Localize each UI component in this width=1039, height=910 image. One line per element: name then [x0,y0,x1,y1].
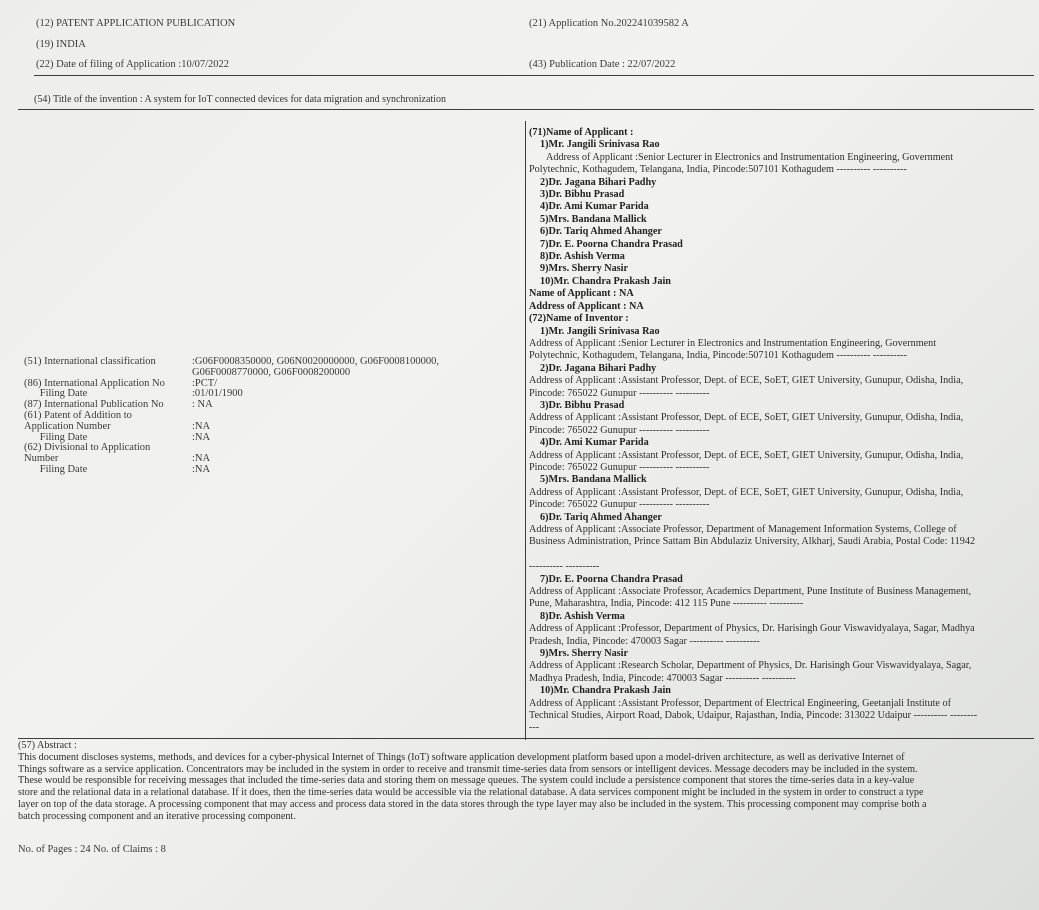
inventor-address: Pradesh, India, Pincode: 470003 Sagar --… [529,636,1034,648]
inventor-name: 4)Dr. Ami Kumar Parida [529,437,1034,449]
inventor-entry: 1)Mr. Jangili Srinivasa RaoAddress of Ap… [529,326,1034,363]
abstract-line: These would be responsible for receiving… [18,775,1028,787]
inventor-entry: 5)Mrs. Bandana MallickAddress of Applica… [529,474,1034,511]
abstract-line: Things software as a service application… [18,764,1028,776]
publication-date: (43) Publication Date : 22/07/2022 [529,59,675,70]
bibliographic-label: Filing Date [24,465,192,476]
inventor-address: Address of Applicant :Senior Lecturer in… [529,338,1034,350]
bibliographic-value: :NA [192,422,492,433]
inventor-address: Address of Applicant :Assistant Professo… [529,412,1034,424]
inventor-address: Pincode: 765022 Gunupur ---------- -----… [529,462,1034,474]
inventor-entry: 4)Dr. Ami Kumar ParidaAddress of Applica… [529,437,1034,474]
invention-title: (54) Title of the invention : A system f… [34,94,446,105]
inventor-address: Address of Applicant :Assistant Professo… [529,487,1034,499]
inventor-name: 9)Mrs. Sherry Nasir [529,648,1034,660]
header-divider [34,75,1034,76]
bibliographic-row: (86) International Application No:PCT/ [24,379,492,390]
inventor-address: --- [529,722,1034,734]
abstract-line: This document discloses systems, methods… [18,752,1028,764]
inventor-entry: 3)Dr. Bibhu PrasadAddress of Applicant :… [529,400,1034,437]
inventor-address: Technical Studies, Airport Road, Dabok, … [529,710,1034,722]
applicant-name: 3)Dr. Bibhu Prasad [529,189,1034,201]
bibliographic-label: Application Number [24,422,192,433]
inventor-address: Address of Applicant :Assistant Professo… [529,450,1034,462]
inventor-address: Address of Applicant :Professor, Departm… [529,623,1034,635]
applicant-name: 1)Mr. Jangili Srinivasa Rao [529,139,1034,151]
inventor-name: 8)Dr. Ashish Verma [529,611,1034,623]
address-of-applicant-na: Address of Applicant : NA [529,301,1034,313]
bibliographic-row: Filing Date:NA [24,465,492,476]
bibliographic-value: :01/01/1900 [192,389,492,400]
inventor-address: Pincode: 765022 Gunupur ---------- -----… [529,388,1034,400]
abstract-divider [18,738,1034,739]
bibliographic-row: (51) International classification:G06F00… [24,357,492,379]
bibliographic-value: :NA [192,433,492,444]
inventor-address: Address of Applicant :Assistant Professo… [529,375,1034,387]
bibliographic-row: Application Number:NA [24,422,492,433]
applicants-inventors-column: (71)Name of Applicant : 1)Mr. Jangili Sr… [529,127,1034,735]
inventor-address: Address of Applicant :Associate Professo… [529,524,1034,536]
bibliographic-value: :G06F0008350000, G06N0020000000, G06F000… [192,357,492,379]
inventor-address: Pincode: 765022 Gunupur ---------- -----… [529,499,1034,511]
inventor-address: Address of Applicant :Assistant Professo… [529,698,1034,710]
column-divider [525,121,526,740]
inventor-address: Address of Applicant :Associate Professo… [529,586,1034,598]
bibliographic-value: :NA [192,465,492,476]
applicant-name: 8)Dr. Ashish Verma [529,251,1034,263]
applicant-address: Polytechnic, Kothagudem, Telangana, Indi… [529,164,1034,176]
filing-date: (22) Date of filing of Application :10/0… [36,59,229,70]
abstract-section: (57) Abstract : This document discloses … [18,740,1028,823]
inventor-address [529,549,1034,561]
inventor-entry: 2)Dr. Jagana Bihari PadhyAddress of Appl… [529,363,1034,400]
bibliographic-value: : NA [192,400,492,411]
inventor-list: 1)Mr. Jangili Srinivasa RaoAddress of Ap… [529,326,1034,735]
bibliographic-value [192,443,492,454]
inventor-name: 5)Mrs. Bandana Mallick [529,474,1034,486]
inventor-address: Address of Applicant :Research Scholar, … [529,660,1034,672]
bibliographic-row: (62) Divisional to Application [24,443,492,454]
inventor-name: 2)Dr. Jagana Bihari Padhy [529,363,1034,375]
bibliographic-row: Number:NA [24,454,492,465]
abstract-text: This document discloses systems, methods… [18,752,1028,823]
inventor-name: 6)Dr. Tariq Ahmed Ahanger [529,512,1034,524]
country: (19) INDIA [36,39,86,50]
inventor-address: Pune, Maharashtra, India, Pincode: 412 1… [529,598,1034,610]
bibliographic-table: (51) International classification:G06F00… [24,357,492,476]
applicant-name: 10)Mr. Chandra Prakash Jain [529,276,1034,288]
publication-type: (12) PATENT APPLICATION PUBLICATION [36,18,235,29]
applicant-address: Address of Applicant :Senior Lecturer in… [529,152,1034,164]
applicant-name: 7)Dr. E. Poorna Chandra Prasad [529,239,1034,251]
inventor-entry: 9)Mrs. Sherry NasirAddress of Applicant … [529,648,1034,685]
name-of-applicant-na: Name of Applicant : NA [529,288,1034,300]
bibliographic-value: :NA [192,454,492,465]
applicant-name: 4)Dr. Ami Kumar Parida [529,201,1034,213]
inventor-entry: 6)Dr. Tariq Ahmed AhangerAddress of Appl… [529,512,1034,574]
inventor-address: ---------- ---------- [529,561,1034,573]
applicant-name: 2)Dr. Jagana Bihari Padhy [529,177,1034,189]
title-divider [18,109,1034,110]
abstract-line: store and the relational data in a relat… [18,787,1028,799]
inventor-name: 1)Mr. Jangili Srinivasa Rao [529,326,1034,338]
inventor-address: Polytechnic, Kothagudem, Telangana, Indi… [529,350,1034,362]
abstract-line: layer on top of the data storage. A proc… [18,799,1028,811]
abstract-heading: (57) Abstract : [18,740,1028,752]
pages-claims-count: No. of Pages : 24 No. of Claims : 8 [18,844,166,855]
abstract-line: batch processing component and an iterat… [18,811,1028,823]
inventor-entry: 8)Dr. Ashish VermaAddress of Applicant :… [529,611,1034,648]
applicant-name: 6)Dr. Tariq Ahmed Ahanger [529,226,1034,238]
inventor-address: Business Administration, Prince Sattam B… [529,536,1034,548]
inventor-address: Pincode: 765022 Gunupur ---------- -----… [529,425,1034,437]
bibliographic-value [192,411,492,422]
inventor-entry: 7)Dr. E. Poorna Chandra PrasadAddress of… [529,574,1034,611]
inventor-name: 3)Dr. Bibhu Prasad [529,400,1034,412]
applicant-list: 2)Dr. Jagana Bihari Padhy3)Dr. Bibhu Pra… [529,177,1034,289]
application-number: (21) Application No.202241039582 A [529,18,689,29]
applicants-heading: (71)Name of Applicant : [529,127,1034,139]
inventors-heading: (72)Name of Inventor : [529,313,1034,325]
applicant-name: 9)Mrs. Sherry Nasir [529,263,1034,275]
inventor-entry: 10)Mr. Chandra Prakash JainAddress of Ap… [529,685,1034,735]
inventor-name: 10)Mr. Chandra Prakash Jain [529,685,1034,697]
applicant-name: 5)Mrs. Bandana Mallick [529,214,1034,226]
bibliographic-label: (51) International classification [24,357,192,379]
inventor-name: 7)Dr. E. Poorna Chandra Prasad [529,574,1034,586]
inventor-address: Madhya Pradesh, India, Pincode: 470003 S… [529,673,1034,685]
